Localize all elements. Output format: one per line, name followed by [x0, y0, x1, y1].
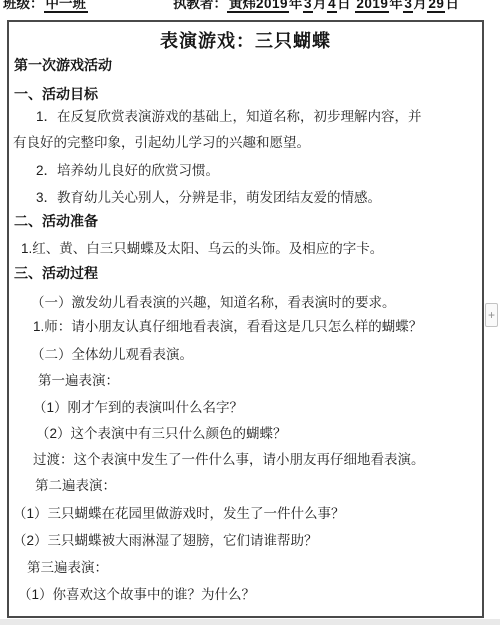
doc-line: （2）这个表演中有三只什么颜色的蝴蝶？: [36, 425, 287, 442]
doc-line: （一）激发幼儿看表演的兴趣，知道名称，看表演时的要求。: [31, 294, 396, 311]
date2-year-unit: 年: [389, 0, 403, 11]
document-title: 表演游戏：三只蝴蝶: [7, 27, 484, 53]
date2-month: 3: [403, 0, 413, 13]
doc-line: （1）你喜欢这个故事中的谁？为什么？: [18, 586, 255, 603]
doc-line: 第一遍表演：: [38, 372, 119, 389]
expand-plus-button[interactable]: +: [485, 303, 498, 327]
class-label: 班级：: [3, 0, 44, 11]
date1-month-unit: 月: [313, 0, 327, 11]
teacher-value: 黄炜: [227, 0, 258, 13]
doc-line: 第三遍表演：: [27, 559, 108, 576]
doc-line: 第二遍表演：: [35, 477, 116, 494]
class-field: 班级：中一班: [3, 0, 88, 14]
date2-day-unit: 日: [445, 0, 459, 11]
date1-day: 4: [327, 0, 337, 13]
section-heading-goals: 一、活动目标: [14, 86, 98, 103]
doc-line: 1．在反复欣赏表演游戏的基础上，知道名称，初步理解内容，并: [36, 108, 422, 125]
date1-month: 3: [303, 0, 313, 13]
doc-line: 过渡：这个表演中发生了一件什么事，请小朋友再仔细地看表演。: [33, 451, 425, 468]
doc-line: （二）全体幼儿观看表演。: [31, 346, 193, 363]
date1-year-unit: 年: [289, 0, 303, 11]
doc-line: 有良好的完整印象，引起幼儿学习的兴趣和愿望。: [13, 134, 310, 151]
date1-day-unit: 日: [337, 0, 351, 11]
doc-line: 1.红、黄、白三只蝴蝶及太阳、乌云的头饰。及相应的字卡。: [21, 240, 383, 257]
doc-line: 1.师：请小朋友认真仔细地看表演，看看这是几只怎么样的蝴蝶？: [33, 318, 422, 335]
section-heading-prep: 二、活动准备: [14, 213, 98, 230]
date2-month-unit: 月: [413, 0, 427, 11]
date2-day: 29: [427, 0, 445, 13]
date2-year: 2019: [355, 0, 389, 13]
class-value: 中一班: [44, 0, 89, 13]
date-field: 2019年3月4日 2019年3月29日: [255, 0, 459, 14]
document-page: 班级：中一班 执教者：黄炜 2019年3月4日 2019年3月29日 表演游戏：…: [0, 0, 500, 625]
date1-year: 2019: [255, 0, 289, 13]
doc-line: （2）三只蝴蝶被大雨淋湿了翅膀，它们请谁帮助？: [13, 532, 318, 549]
doc-line: 3．教育幼儿关心别人，分辨是非，萌发团结友爱的情感。: [36, 189, 381, 206]
section-heading-process: 三、活动过程: [14, 265, 98, 282]
doc-line: （1）三只蝴蝶在花园里做游戏时，发生了一件什么事？: [13, 505, 345, 522]
doc-line: （1）刚才乍到的表演叫什么名字？: [33, 399, 243, 416]
teacher-label: 执教者：: [173, 0, 227, 11]
section-heading-activity1: 第一次游戏活动: [14, 57, 112, 74]
page-bottom-margin: [0, 619, 500, 625]
doc-line: 2．培养幼儿良好的欣赏习惯。: [36, 162, 219, 179]
teacher-field: 执教者：黄炜: [173, 0, 258, 14]
